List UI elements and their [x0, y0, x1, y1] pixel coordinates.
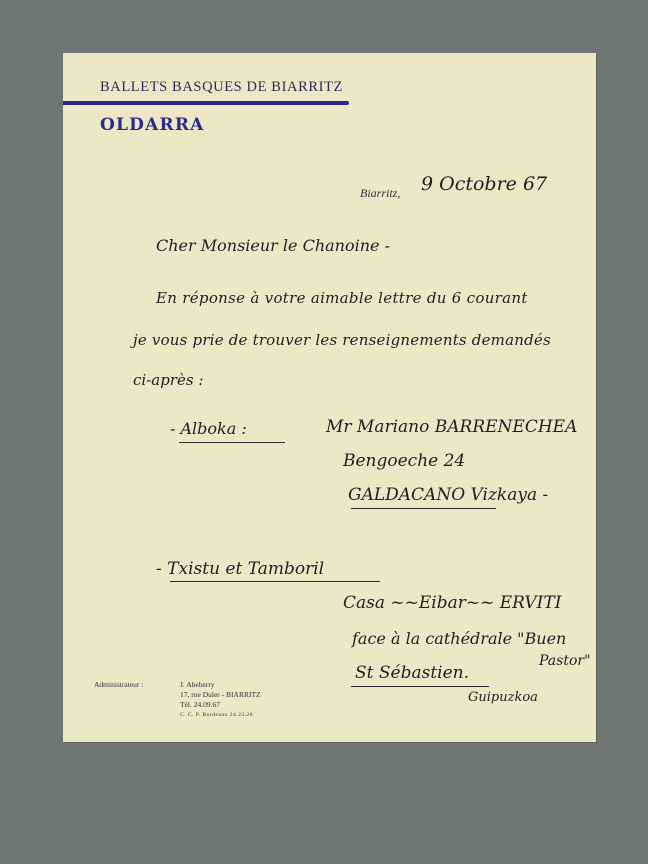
- letterhead-footer: Administrateur : J. Abeberry 17, rue Dul…: [94, 680, 261, 720]
- letterhead-rule: [63, 101, 349, 105]
- salutation: Cher Monsieur le Chanoine -: [156, 236, 390, 255]
- footer-name: J. Abeberry: [180, 680, 215, 690]
- entry-address-line: Mr Mariano BARRENECHEA: [326, 417, 577, 437]
- letterhead-title: BALLETS BASQUES DE BIARRITZ: [100, 79, 343, 96]
- entry-address-line: Pastor": [539, 653, 591, 669]
- footer-ccp: C. C. P. Bordeaux 24.23.26: [180, 710, 253, 720]
- footer-street: 17, rue Duler - BIARRITZ: [180, 690, 261, 700]
- footer-phone: Tél. 24.09.67: [180, 700, 220, 710]
- date-handwritten: 9 Octobre 67: [421, 173, 547, 195]
- underline: [351, 686, 489, 687]
- entry-address-line: face à la cathédrale "Buen: [352, 629, 566, 648]
- body-line-1: En réponse à votre aimable lettre du 6 c…: [156, 289, 528, 307]
- entry-address-line: Casa ~~Eibar~~ ERVITI: [343, 593, 561, 613]
- footer-label: Administrateur :: [94, 680, 180, 690]
- body-line-2: je vous prie de trouver les renseignemen…: [133, 331, 551, 349]
- entry-address-line: GALDACANO Vizkaya -: [348, 485, 548, 505]
- underline: [351, 508, 496, 509]
- body-line-3: ci-après :: [133, 371, 203, 389]
- entry-address-line: Bengoeche 24: [343, 451, 465, 471]
- letter-page: BALLETS BASQUES DE BIARRITZ OLDARRA Biar…: [63, 53, 596, 742]
- underline: [170, 581, 380, 582]
- entry-heading-txistu: - Txistu et Tamboril: [156, 559, 324, 579]
- entry-address-line: Guipuzkoa: [468, 690, 538, 705]
- entry-heading-alboka: - Alboka :: [170, 419, 247, 438]
- date-place: Biarritz,: [360, 186, 400, 201]
- underline: [179, 442, 285, 443]
- letterhead-brand: OLDARRA: [100, 115, 205, 135]
- entry-address-line: St Sébastien.: [355, 663, 469, 683]
